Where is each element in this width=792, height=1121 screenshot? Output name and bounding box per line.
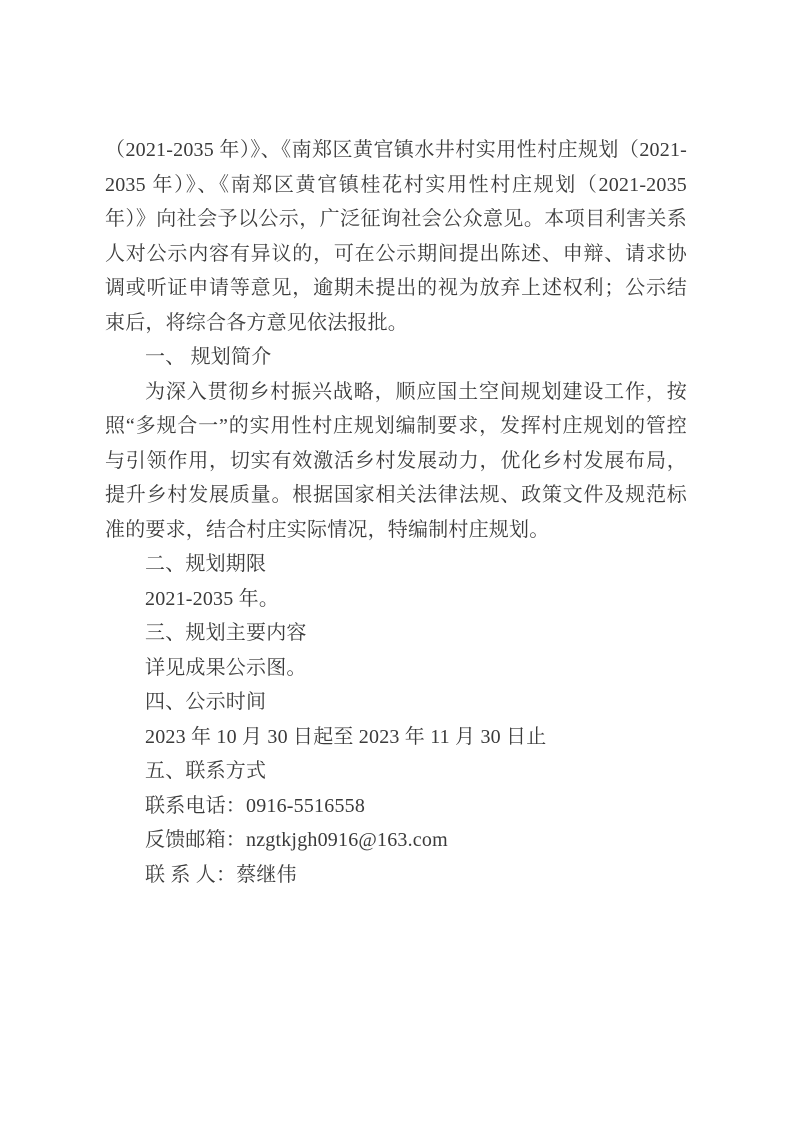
heading-publicity-time: 四、公示时间 [105,685,687,720]
paragraph-plan-overview: 为深入贯彻乡村振兴战略，顺应国土空间规划建设工作，按照“多规合一”的实用性村庄规… [105,375,687,548]
contact-email-line: 反馈邮箱：nzgtkjgh0916@163.com [105,823,687,858]
heading-plan-period: 二、规划期限 [105,547,687,582]
heading-plan-overview: 一、 规划简介 [105,340,687,375]
paragraph-plan-period: 2021-2035 年。 [105,582,687,617]
contact-person-line: 联 系 人：蔡继伟 [105,858,687,893]
paragraph-publicity-time: 2023 年 10 月 30 日起至 2023 年 11 月 30 日止 [105,720,687,755]
paragraph-plan-content: 详见成果公示图。 [105,651,687,686]
heading-contact-info: 五、联系方式 [105,754,687,789]
document-page: （2021-2035 年）》、《南郑区黄官镇水井村实用性村庄规划（2021-20… [0,0,792,1121]
intro-paragraph-continued: （2021-2035 年）》、《南郑区黄官镇水井村实用性村庄规划（2021-20… [105,133,687,340]
contact-phone-line: 联系电话：0916-5516558 [105,789,687,824]
heading-plan-content: 三、规划主要内容 [105,616,687,651]
document-content: （2021-2035 年）》、《南郑区黄官镇水井村实用性村庄规划（2021-20… [105,133,687,892]
